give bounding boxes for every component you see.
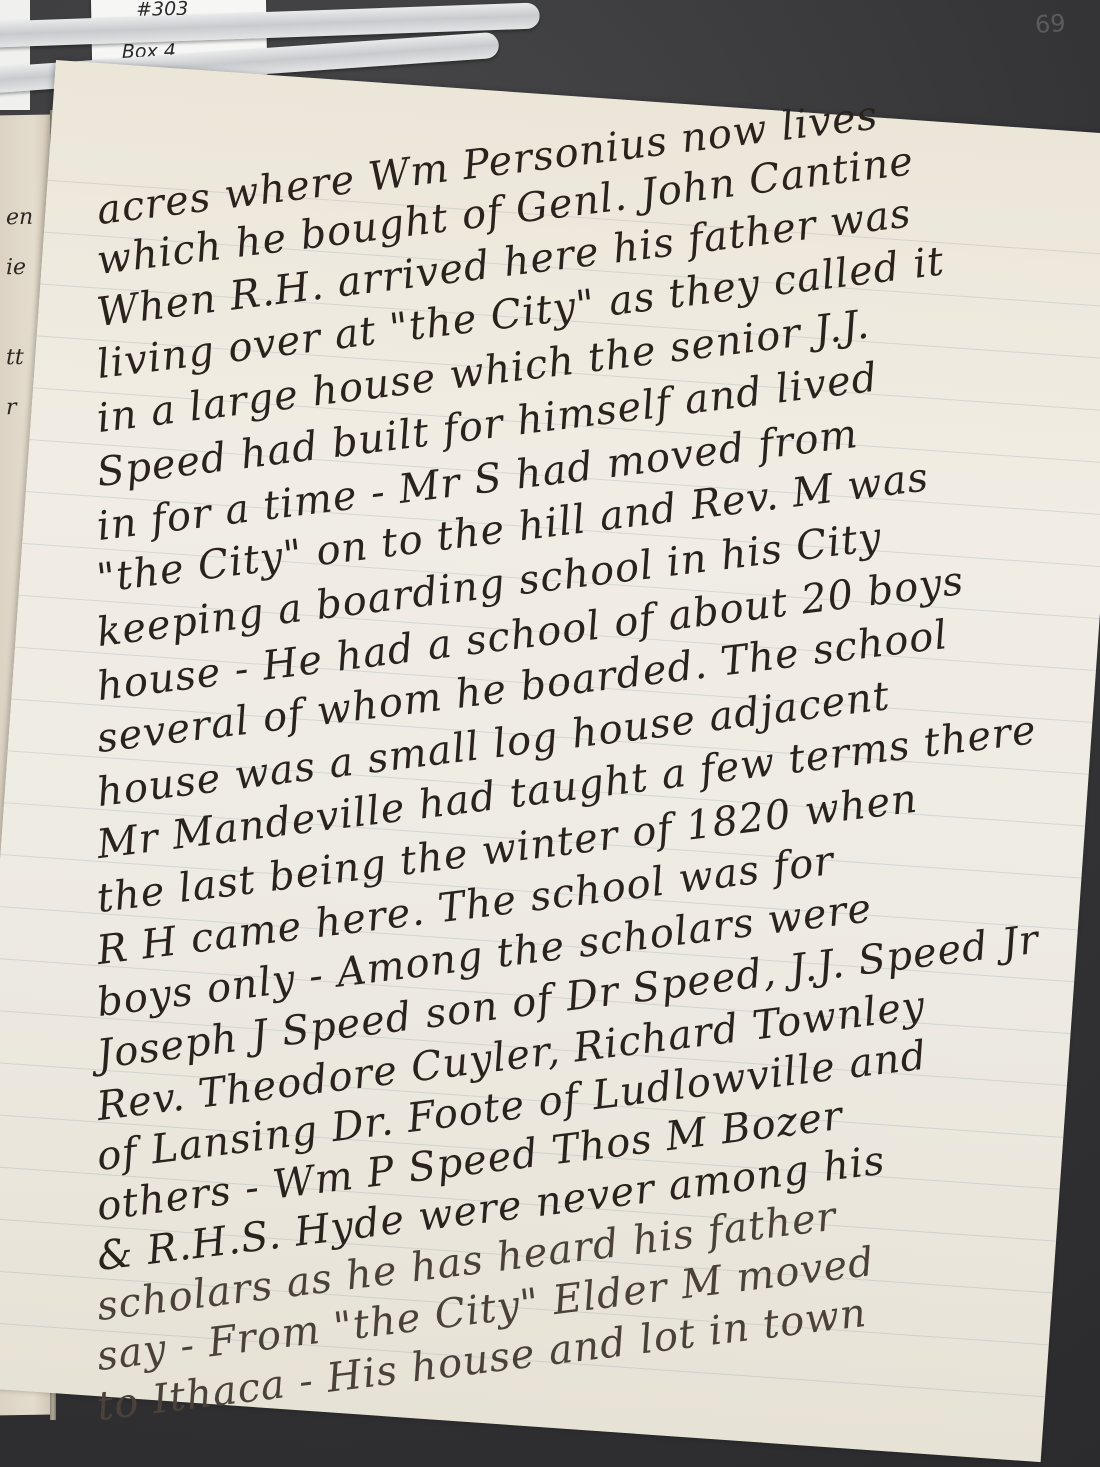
handwritten-text: acres where Wm Personius now lives which…: [0, 0, 1100, 1467]
